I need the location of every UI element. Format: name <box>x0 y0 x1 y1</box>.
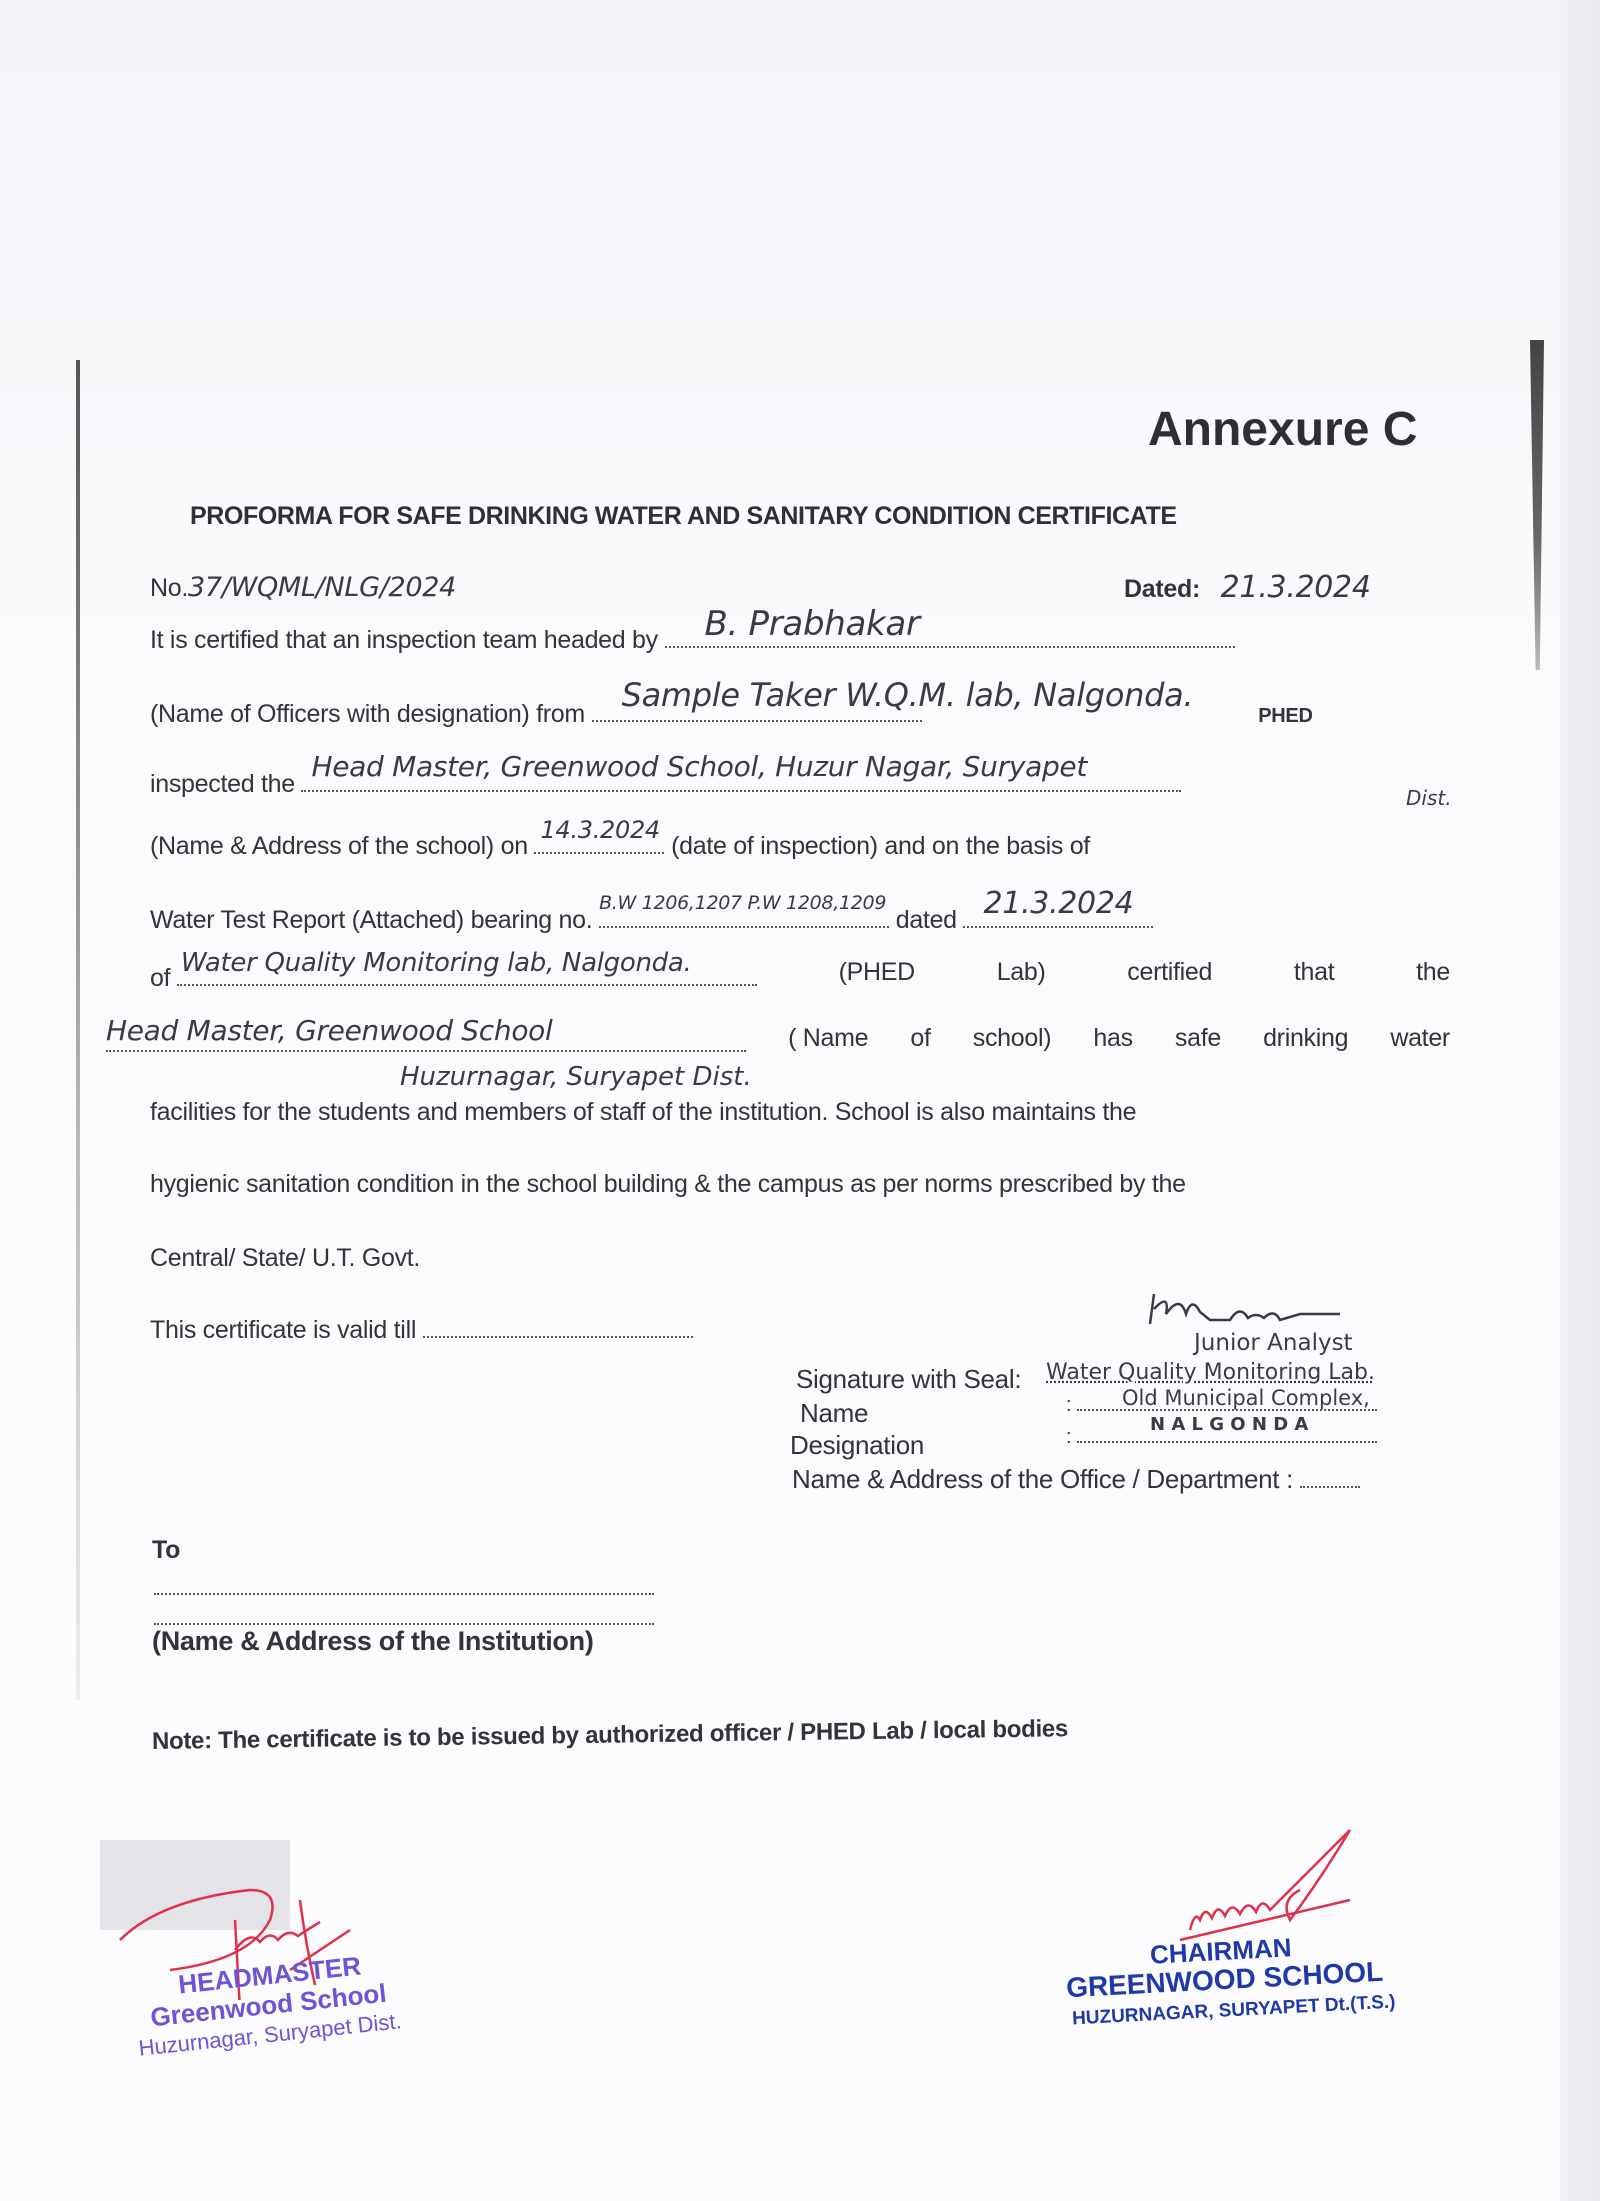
lab-field-wrap: of Water Quality Monitoring lab, Nalgond… <box>150 958 757 993</box>
school-name-value: Head Master, Greenwood School <box>106 1014 552 1047</box>
body-line-facilities: facilities for the students and members … <box>150 1098 1136 1127</box>
school-word: water <box>1390 1024 1450 1053</box>
to-label: To <box>152 1536 180 1565</box>
report-no-value: B.W 1206,1207 P.W 1208,1209 <box>599 892 886 914</box>
school-name-field: Head Master, Greenwood School <box>106 1024 746 1052</box>
officers-value: Sample Taker W.Q.M. lab, Nalgonda. <box>622 676 1194 714</box>
lab-word: (PHED <box>839 958 915 993</box>
lab-word: the <box>1416 958 1450 993</box>
line-inspected: inspected the Head Master, Greenwood Sch… <box>150 764 1181 799</box>
report-no-label: Water Test Report (Attached) bearing no. <box>150 906 592 934</box>
headed-by-field: B. Prabhakar <box>665 620 1235 648</box>
line-inspection-date: (Name & Address of the school) on 14.3.2… <box>150 826 1090 861</box>
school-word: safe <box>1175 1024 1221 1053</box>
name-field: : <box>1066 1394 1377 1417</box>
dated-value: 21.3.2024 <box>1221 570 1371 605</box>
document-title: PROFORMA FOR SAFE DRINKING WATER AND SAN… <box>190 502 1177 531</box>
school-word: drinking <box>1263 1024 1348 1053</box>
phed-label: PHED <box>1258 705 1312 727</box>
dated-field: Dated: 21.3.2024 <box>1124 570 1371 605</box>
designation-label: Designation <box>790 1430 924 1461</box>
lab-word: that <box>1294 958 1335 993</box>
report-dated-label: dated <box>896 906 957 934</box>
lab-prefix: of <box>150 964 170 992</box>
chairman-signature <box>1170 1820 1370 1950</box>
right-margin-line <box>1530 340 1544 670</box>
inspection-date-suffix: (date of inspection) and on the basis of <box>671 832 1090 860</box>
office-field-dots <box>1300 1486 1360 1488</box>
report-date-field: 21.3.2024 <box>963 900 1153 928</box>
report-date-value: 21.3.2024 <box>983 886 1133 921</box>
lab-word: Lab) <box>997 958 1046 993</box>
school-word: ( Name <box>788 1024 868 1053</box>
to-line-1-dots <box>154 1593 654 1595</box>
designation-field: : <box>1066 1426 1377 1449</box>
line-report: Water Test Report (Attached) bearing no.… <box>150 900 1153 935</box>
name-label: Name <box>800 1398 868 1429</box>
school-address-value: Huzurnagar, Suryapet Dist. <box>400 1062 752 1092</box>
school-address-label: (Name & Address of the school) on <box>150 832 528 860</box>
inspected-field: Head Master, Greenwood School, Huzur Nag… <box>301 764 1181 792</box>
inspection-date-field: 14.3.2024 <box>534 826 664 854</box>
headed-by-label: It is certified that an inspection team … <box>150 626 658 654</box>
certificate-page: Annexure C PROFORMA FOR SAFE DRINKING WA… <box>0 0 1600 2201</box>
school-word: of <box>910 1024 930 1053</box>
officers-label: (Name of Officers with designation) from <box>150 700 585 728</box>
line-valid-till: This certificate is valid till <box>150 1316 693 1345</box>
lab-word: certified <box>1127 958 1212 993</box>
report-no-field: B.W 1206,1207 P.W 1208,1209 <box>599 900 889 928</box>
to-line-2-dots <box>154 1623 654 1625</box>
ref-number-label: No. <box>150 574 188 602</box>
inspected-value: Head Master, Greenwood School, Huzur Nag… <box>311 750 1087 783</box>
inspected-value-dist: Dist. <box>1406 786 1452 810</box>
school-word: has <box>1093 1024 1132 1053</box>
school-word: school) <box>973 1024 1052 1053</box>
signature-label: Signature with Seal: <box>796 1364 1021 1395</box>
lab-value: Water Quality Monitoring lab, Nalgonda. <box>181 948 692 978</box>
name-field-dots <box>1077 1409 1377 1411</box>
institution-label: (Name & Address of the Institution) <box>152 1626 594 1657</box>
line-officers: (Name of Officers with designation) from… <box>150 694 1313 729</box>
lab-field: Water Quality Monitoring lab, Nalgonda. <box>177 958 757 986</box>
officers-field: Sample Taker W.Q.M. lab, Nalgonda. <box>592 694 922 722</box>
ref-number-value: 37/WQML/NLG/2024 <box>188 572 456 603</box>
line-lab: of Water Quality Monitoring lab, Nalgond… <box>150 958 1450 993</box>
office-label: Name & Address of the Office / Departmen… <box>792 1464 1360 1495</box>
dated-label: Dated: <box>1124 575 1200 603</box>
seal-lab-name: Water Quality Monitoring Lab. <box>1046 1360 1375 1385</box>
scan-edge <box>1560 0 1600 2201</box>
to-line-1 <box>154 1582 654 1600</box>
line-school-name: Head Master, Greenwood School ( Name of … <box>106 1024 1450 1053</box>
ref-number: No.37/WQML/NLG/2024 <box>150 572 456 603</box>
inspected-label: inspected the <box>150 770 295 798</box>
line-headed-by: It is certified that an inspection team … <box>150 620 1235 655</box>
annexure-heading: Annexure C <box>1148 402 1417 457</box>
seal-designation: Junior Analyst <box>1194 1330 1353 1356</box>
valid-till-field <box>423 1316 693 1338</box>
issuance-note: Note: The certificate is to be issued by… <box>152 1715 1068 1756</box>
body-line-govt: Central/ State/ U.T. Govt. <box>150 1244 420 1273</box>
valid-till-label: This certificate is valid till <box>150 1316 416 1344</box>
headed-by-value: B. Prabhakar <box>705 604 920 644</box>
inspection-date-value: 14.3.2024 <box>540 816 659 844</box>
body-line-hygiene: hygienic sanitation condition in the sch… <box>150 1170 1186 1199</box>
left-margin-line <box>76 360 80 1700</box>
office-label-text: Name & Address of the Office / Departmen… <box>792 1464 1293 1494</box>
designation-field-dots <box>1077 1441 1377 1443</box>
